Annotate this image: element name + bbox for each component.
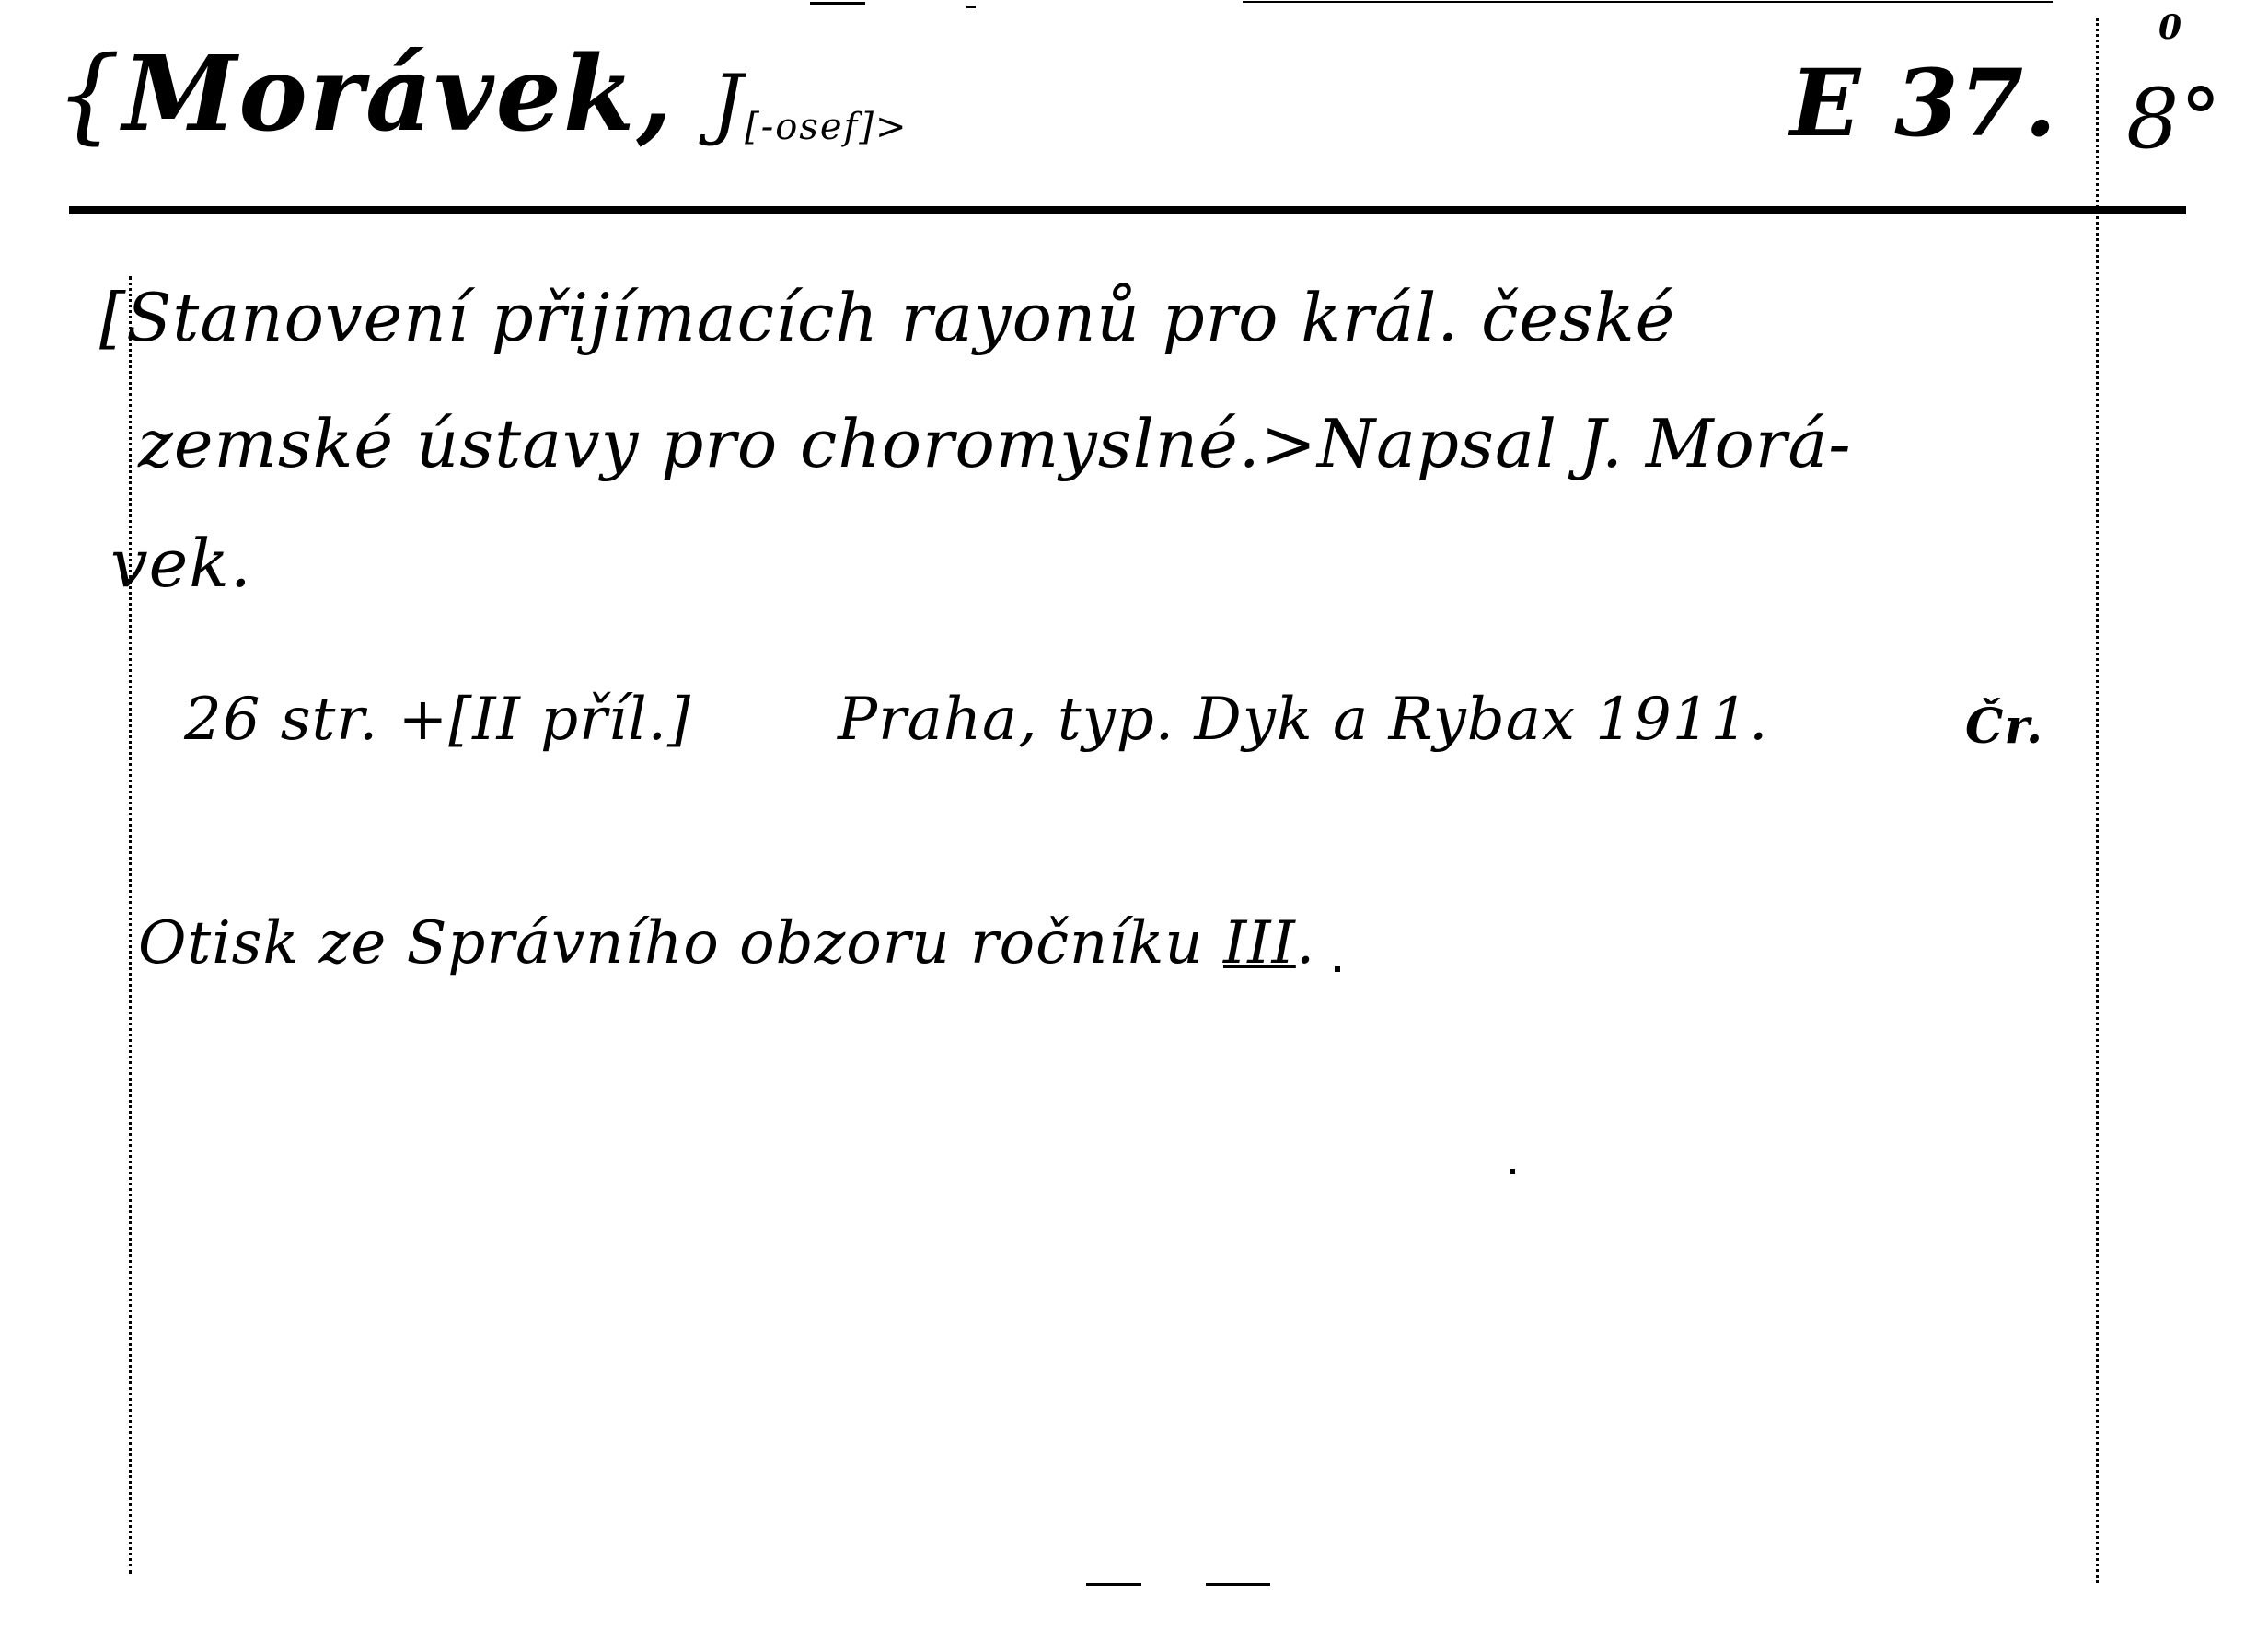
scan-speck [1206, 1583, 1270, 1586]
scan-speck [1335, 966, 1340, 972]
scan-speck [810, 2, 865, 5]
author-given-rest: [-osef]> [745, 106, 908, 148]
format-mark: 8° [2126, 74, 2222, 166]
author-surname: Morávek, [122, 34, 674, 155]
left-dotted-margin [129, 276, 132, 1574]
author-heading: {Morávek, J[-osef]> [55, 35, 908, 187]
title-line-3: vek. [110, 522, 252, 605]
note-volume: III [1223, 909, 1296, 977]
note: Otisk ze Správního obzoru ročníku III. [138, 907, 1315, 980]
top-edge-line [1243, 1, 2053, 3]
scan-speck [1086, 1583, 1141, 1586]
scan-speck [1510, 1169, 1515, 1174]
heading-rule [69, 206, 2186, 214]
right-dotted-margin [2096, 18, 2099, 1583]
title-line-2: zemské ústavy pro choromyslné.>Napsal J.… [138, 402, 1852, 485]
heading-bracket: { [55, 35, 122, 155]
author-given-initial: J [712, 58, 745, 148]
collation: 26 str. +[II příl.] [184, 683, 691, 757]
catalog-card: {Morávek, J[-osef]> E 37. 0 8° [Stanoven… [0, 0, 2268, 1630]
cataloguer-initials: Čr. [1965, 699, 2043, 755]
note-end: . [1296, 909, 1315, 977]
imprint: Praha, typ. Dyk a Rybax 1911. [838, 683, 1769, 757]
call-number: E 37. [1790, 48, 2057, 158]
note-text: Otisk ze Správního obzoru ročníku [138, 909, 1204, 977]
scan-speck [966, 6, 976, 8]
title-line-1: [Stanovení přijímacích rayonů pro král. … [99, 276, 1675, 359]
top-right-mark: 0 [2158, 9, 2182, 46]
